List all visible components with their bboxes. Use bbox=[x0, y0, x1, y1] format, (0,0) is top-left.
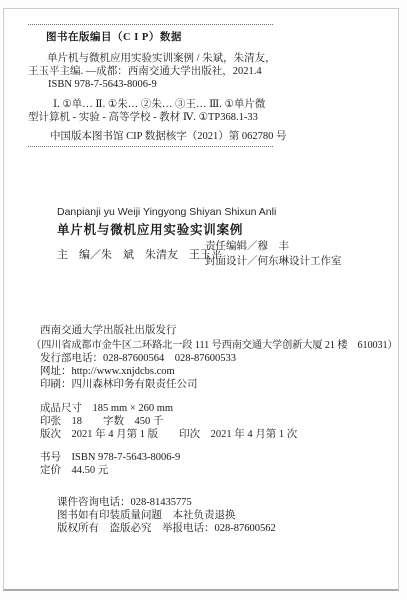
cip-isbn-line: ISBN 978-7-5643-8006-9 bbox=[48, 78, 273, 91]
cip-entry-line1: 单片机与微机应用实验实训案例 / 朱斌，朱清友， bbox=[28, 52, 273, 65]
copyright-notice-line: 版权所有 盗版必究 举报电话：028-87600562 bbox=[57, 522, 276, 535]
book-title: 单片机与微机应用实验实训案例 bbox=[57, 220, 243, 238]
cip-data-box: 图书在版编目（C I P）数据 单片机与微机应用实验实训案例 / 朱斌，朱清友，… bbox=[28, 24, 273, 147]
cip-entry: 单片机与微机应用实验实训案例 / 朱斌，朱清友， 王玉平主编. —成都：西南交通… bbox=[28, 52, 273, 91]
footer-notices: 课件咨询电话：028-81435775 图书如有印装质量问题 本社负责退换 版权… bbox=[57, 496, 276, 536]
editorial-credits: 责任编辑／穆 丰 封面设计／何东琳设计工作室 bbox=[205, 239, 342, 268]
quality-notice-line: 图书如有印装质量问题 本社负责退换 bbox=[57, 509, 276, 522]
cip-heading: 图书在版编目（C I P）数据 bbox=[46, 31, 273, 44]
chief-editors-line: 主 编／朱 斌 朱清友 王玉平 bbox=[57, 246, 222, 262]
cip-class-line2: 型计算机 - 实验 - 高等学校 - 教材 Ⅳ. ①TP368.1-33 bbox=[28, 111, 273, 124]
cip-record-line: 中国版本图书馆 CIP 数据核字（2021）第 062780 号 bbox=[50, 130, 273, 143]
publisher-address-line: （四川省成都市金牛区二环路北一段 111 号西南交通大学创新大厦 21 楼 61… bbox=[31, 336, 398, 351]
cip-classification: Ⅰ. ①单… Ⅱ. ①朱… ②朱… ③王… Ⅲ. ①单片微 型计算机 - 实验 … bbox=[28, 98, 273, 124]
cip-entry-line2: 王玉平主编. —成都：西南交通大学出版社，2021.4 bbox=[28, 65, 273, 78]
price-line: 定价 44.50 元 bbox=[40, 462, 108, 477]
cover-design-line: 封面设计／何东琳设计工作室 bbox=[205, 254, 342, 269]
publisher-line: 西南交通大学出版社出版发行 bbox=[40, 322, 177, 337]
cip-class-line1: Ⅰ. ①单… Ⅱ. ①朱… ②朱… ③王… Ⅲ. ①单片微 bbox=[28, 98, 273, 111]
courseware-phone-line: 课件咨询电话：028-81435775 bbox=[57, 496, 276, 509]
responsible-editor-line: 责任编辑／穆 丰 bbox=[205, 239, 342, 254]
printer-line: 印刷：四川森林印务有限责任公司 bbox=[40, 376, 198, 391]
copyright-page: 图书在版编目（C I P）数据 单片机与微机应用实验实训案例 / 朱斌，朱清友，… bbox=[0, 0, 407, 600]
book-title-pinyin: Danpianji yu Weiji Yingyong Shiyan Shixu… bbox=[57, 206, 276, 218]
edition-impression-line: 版次 2021 年 4 月第 1 版 印次 2021 年 4 月第 1 次 bbox=[40, 426, 297, 441]
